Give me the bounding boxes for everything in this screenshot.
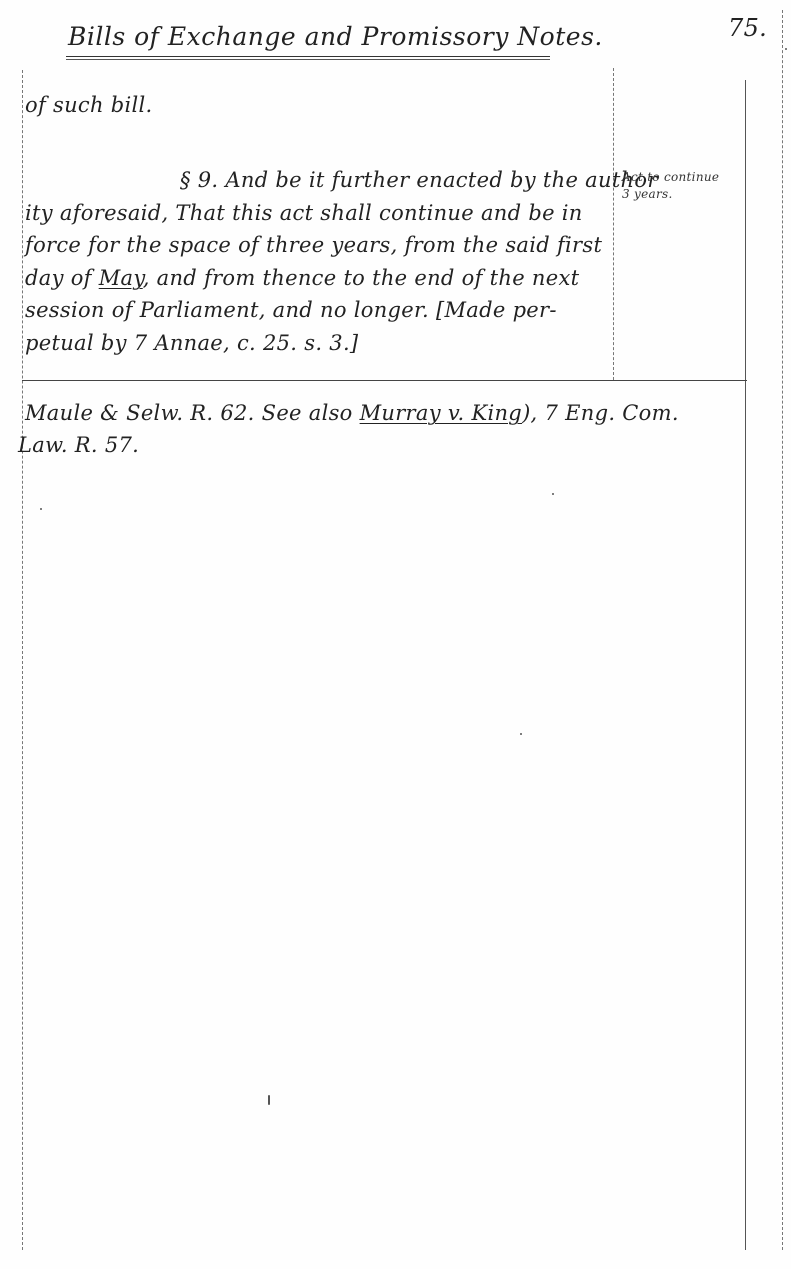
footnote-line-2: Law. R. 57.	[18, 432, 139, 458]
page-title: Bills of Exchange and Promissory Notes.	[68, 22, 603, 52]
text-line-1: of such bill.	[25, 92, 153, 118]
text-line-7: petual by 7 Annae, c. 25. s. 3.]	[25, 330, 358, 356]
scan-mark	[268, 1095, 270, 1105]
text-day-of: day of	[25, 266, 99, 290]
scan-speck	[785, 48, 787, 50]
text-line-3: ity aforesaid, That this act shall conti…	[25, 200, 583, 226]
margin-column-rule	[613, 68, 614, 380]
text-line-4: force for the space of three years, from…	[25, 232, 602, 258]
text-line-5-rest: , and from thence to the end of the next	[143, 266, 580, 290]
scan-speck	[520, 733, 522, 735]
manuscript-page: Bills of Exchange and Promissory Notes. …	[0, 0, 791, 1269]
section-divider-rule	[22, 380, 747, 381]
text-line-2: § 9. And be it further enacted by the au…	[180, 167, 658, 193]
footnote-citation-rest: ), 7 Eng. Com.	[522, 401, 679, 425]
text-may-underlined: May	[99, 266, 143, 290]
page-number: 75.	[728, 14, 767, 42]
scan-speck	[40, 508, 42, 510]
scan-speck	[552, 493, 554, 495]
left-margin-rule	[22, 70, 23, 1250]
footnote-case-name: Murray v. King	[360, 401, 522, 425]
footnote-line-1: Maule & Selw. R. 62. See also Murray v. …	[25, 400, 679, 426]
title-underline	[66, 56, 550, 57]
footnote-citation: Maule & Selw. R. 62. See also	[25, 401, 360, 425]
margin-note-line-2: 3 years.	[622, 187, 673, 201]
text-line-5: day of May, and from thence to the end o…	[25, 265, 579, 291]
inner-right-rule	[745, 80, 746, 1250]
text-line-6: session of Parliament, and no longer. [M…	[25, 297, 557, 323]
title-double-underline	[66, 59, 550, 60]
outer-right-rule	[782, 10, 783, 1250]
margin-note-line-1: Act to continue	[622, 170, 719, 184]
